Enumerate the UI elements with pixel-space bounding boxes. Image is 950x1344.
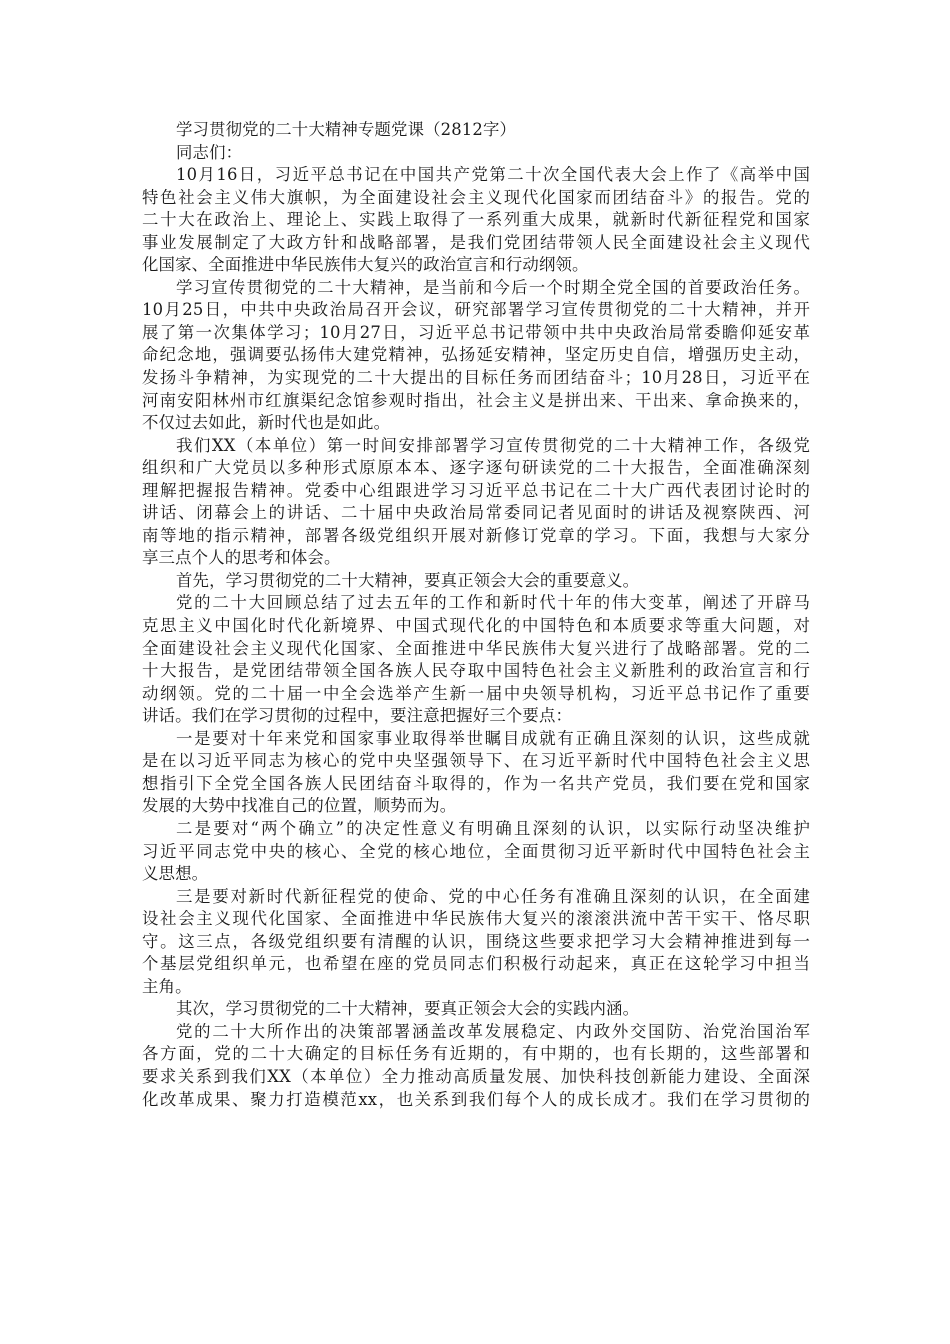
text-line: 河南安阳林州市红旗渠纪念馆参观时指出，社会主义是拼出来、干出来、拿命换来的， — [142, 390, 810, 413]
text-line: 我们XX（本单位）第一时间安排部署学习宣传贯彻党的二十大精神工作，各级党 — [142, 435, 810, 458]
text-line: 享三点个人的思考和体会。 — [142, 547, 810, 570]
text-line: 党的二十大回顾总结了过去五年的工作和新时代十年的伟大变革，阐述了开辟马 — [142, 592, 810, 615]
text-line: 命纪念地，强调要弘扬伟大建党精神，弘扬延安精神，坚定历史自信，增强历史主动， — [142, 344, 810, 367]
document-title: 学习贯彻党的二十大精神专题党课（2812字） — [142, 119, 810, 142]
text-line: 讲话、闭幕会上的讲话、二十届中央政治局常委同记者见面时的讲话及视察陕西、河 — [142, 502, 810, 525]
document-page: 学习贯彻党的二十大精神专题党课（2812字）同志们：10月16日，习近平总书记在… — [0, 0, 950, 1344]
text-line: 化国家、全面推进中华民族伟大复兴的政治宣言和行动纲领。 — [142, 254, 810, 277]
text-line: 二十大在政治上、理论上、实践上取得了一系列重大成果，就新时代新征程党和国家 — [142, 209, 810, 232]
text-line: 设社会主义现代化国家、全面推进中华民族伟大复兴的滚滚洪流中苦干实干、恪尽职 — [142, 908, 810, 931]
text-line: 发展的大势中找准自己的位置，顺势而为。 — [142, 795, 810, 818]
text-line: 讲话。我们在学习贯彻的过程中，要注意把握好三个要点： — [142, 705, 810, 728]
text-line: 三是要对新时代新征程党的使命、党的中心任务有准确且深刻的认识，在全面建 — [142, 886, 810, 909]
text-line: 党的二十大所作出的决策部署涵盖改革发展稳定、内政外交国防、治党治国治军 — [142, 1021, 810, 1044]
text-line: 二是要对“两个确立”的决定性意义有明确且深刻的认识，以实际行动坚决维护 — [142, 818, 810, 841]
text-line: 不仅过去如此，新时代也是如此。 — [142, 412, 810, 435]
text-line: 发扬斗争精神，为实现党的二十大提出的目标任务而团结奋斗；10月28日，习近平在 — [142, 367, 810, 390]
text-line: 个基层党组织单元，也希望在座的党员同志们积极行动起来，真正在这轮学习中担当 — [142, 953, 810, 976]
text-line: 组织和广大党员以多种形式原原本本、逐字逐句研读党的二十大报告，全面准确深刻 — [142, 457, 810, 480]
text-line: 展了第一次集体学习；10月27日，习近平总书记带领中共中央政治局常委瞻仰延安革 — [142, 322, 810, 345]
text-line: 守。这三点，各级党组织要有清醒的认识，围绕这些要求把学习大会精神推进到每一 — [142, 931, 810, 954]
text-line: 想指引下全党全国各族人民团结奋斗取得的，作为一名共产党员，我们要在党和国家 — [142, 773, 810, 796]
text-line: 各方面，党的二十大确定的目标任务有近期的，有中期的，也有长期的，这些部署和 — [142, 1043, 810, 1066]
text-line: 10月25日，中共中央政治局召开会议，研究部署学习宣传贯彻党的二十大精神，并开 — [142, 299, 810, 322]
text-line: 化改革成果、聚力打造模范xx，也关系到我们每个人的成长成才。我们在学习贯彻的 — [142, 1089, 810, 1112]
document-body: 学习贯彻党的二十大精神专题党课（2812字）同志们：10月16日，习近平总书记在… — [142, 119, 810, 1111]
text-line: 主角。 — [142, 976, 810, 999]
text-line: 事业发展制定了大政方针和战略部署，是我们党团结带领人民全面建设社会主义现代 — [142, 232, 810, 255]
text-line: 南等地的指示精神，部署各级党组织开展对新修订党章的学习。下面，我想与大家分 — [142, 525, 810, 548]
text-line: 义思想。 — [142, 863, 810, 886]
salutation: 同志们： — [142, 142, 810, 165]
text-line: 其次，学习贯彻党的二十大精神，要真正领会大会的实践内涵。 — [142, 998, 810, 1021]
text-line: 动纲领。党的二十届一中全会选举产生新一届中央领导机构，习近平总书记作了重要 — [142, 683, 810, 706]
text-line: 学习宣传贯彻党的二十大精神，是当前和今后一个时期全党全国的首要政治任务。 — [142, 277, 810, 300]
text-line: 一是要对十年来党和国家事业取得举世瞩目成就有正确且深刻的认识，这些成就 — [142, 728, 810, 751]
text-line: 克思主义中国化时代化新境界、中国式现代化的中国特色和本质要求等重大问题，对 — [142, 615, 810, 638]
text-line: 10月16日，习近平总书记在中国共产党第二十次全国代表大会上作了《高举中国 — [142, 164, 810, 187]
text-line: 首先，学习贯彻党的二十大精神，要真正领会大会的重要意义。 — [142, 570, 810, 593]
text-line: 习近平同志党中央的核心、全党的核心地位，全面贯彻习近平新时代中国特色社会主 — [142, 841, 810, 864]
text-line: 是在以习近平同志为核心的党中央坚强领导下、在习近平新时代中国特色社会主义思 — [142, 750, 810, 773]
text-line: 要求关系到我们XX（本单位）全力推动高质量发展、加快科技创新能力建设、全面深 — [142, 1066, 810, 1089]
text-line: 十大报告，是党团结带领全国各族人民夺取中国特色社会主义新胜利的政治宣言和行 — [142, 660, 810, 683]
text-line: 理解把握报告精神。党委中心组跟进学习习近平总书记在二十大广西代表团讨论时的 — [142, 480, 810, 503]
text-line: 特色社会主义伟大旗帜，为全面建设社会主义现代化国家而团结奋斗》的报告。党的 — [142, 187, 810, 210]
text-line: 全面建设社会主义现代化国家、全面推进中华民族伟大复兴进行了战略部署。党的二 — [142, 638, 810, 661]
